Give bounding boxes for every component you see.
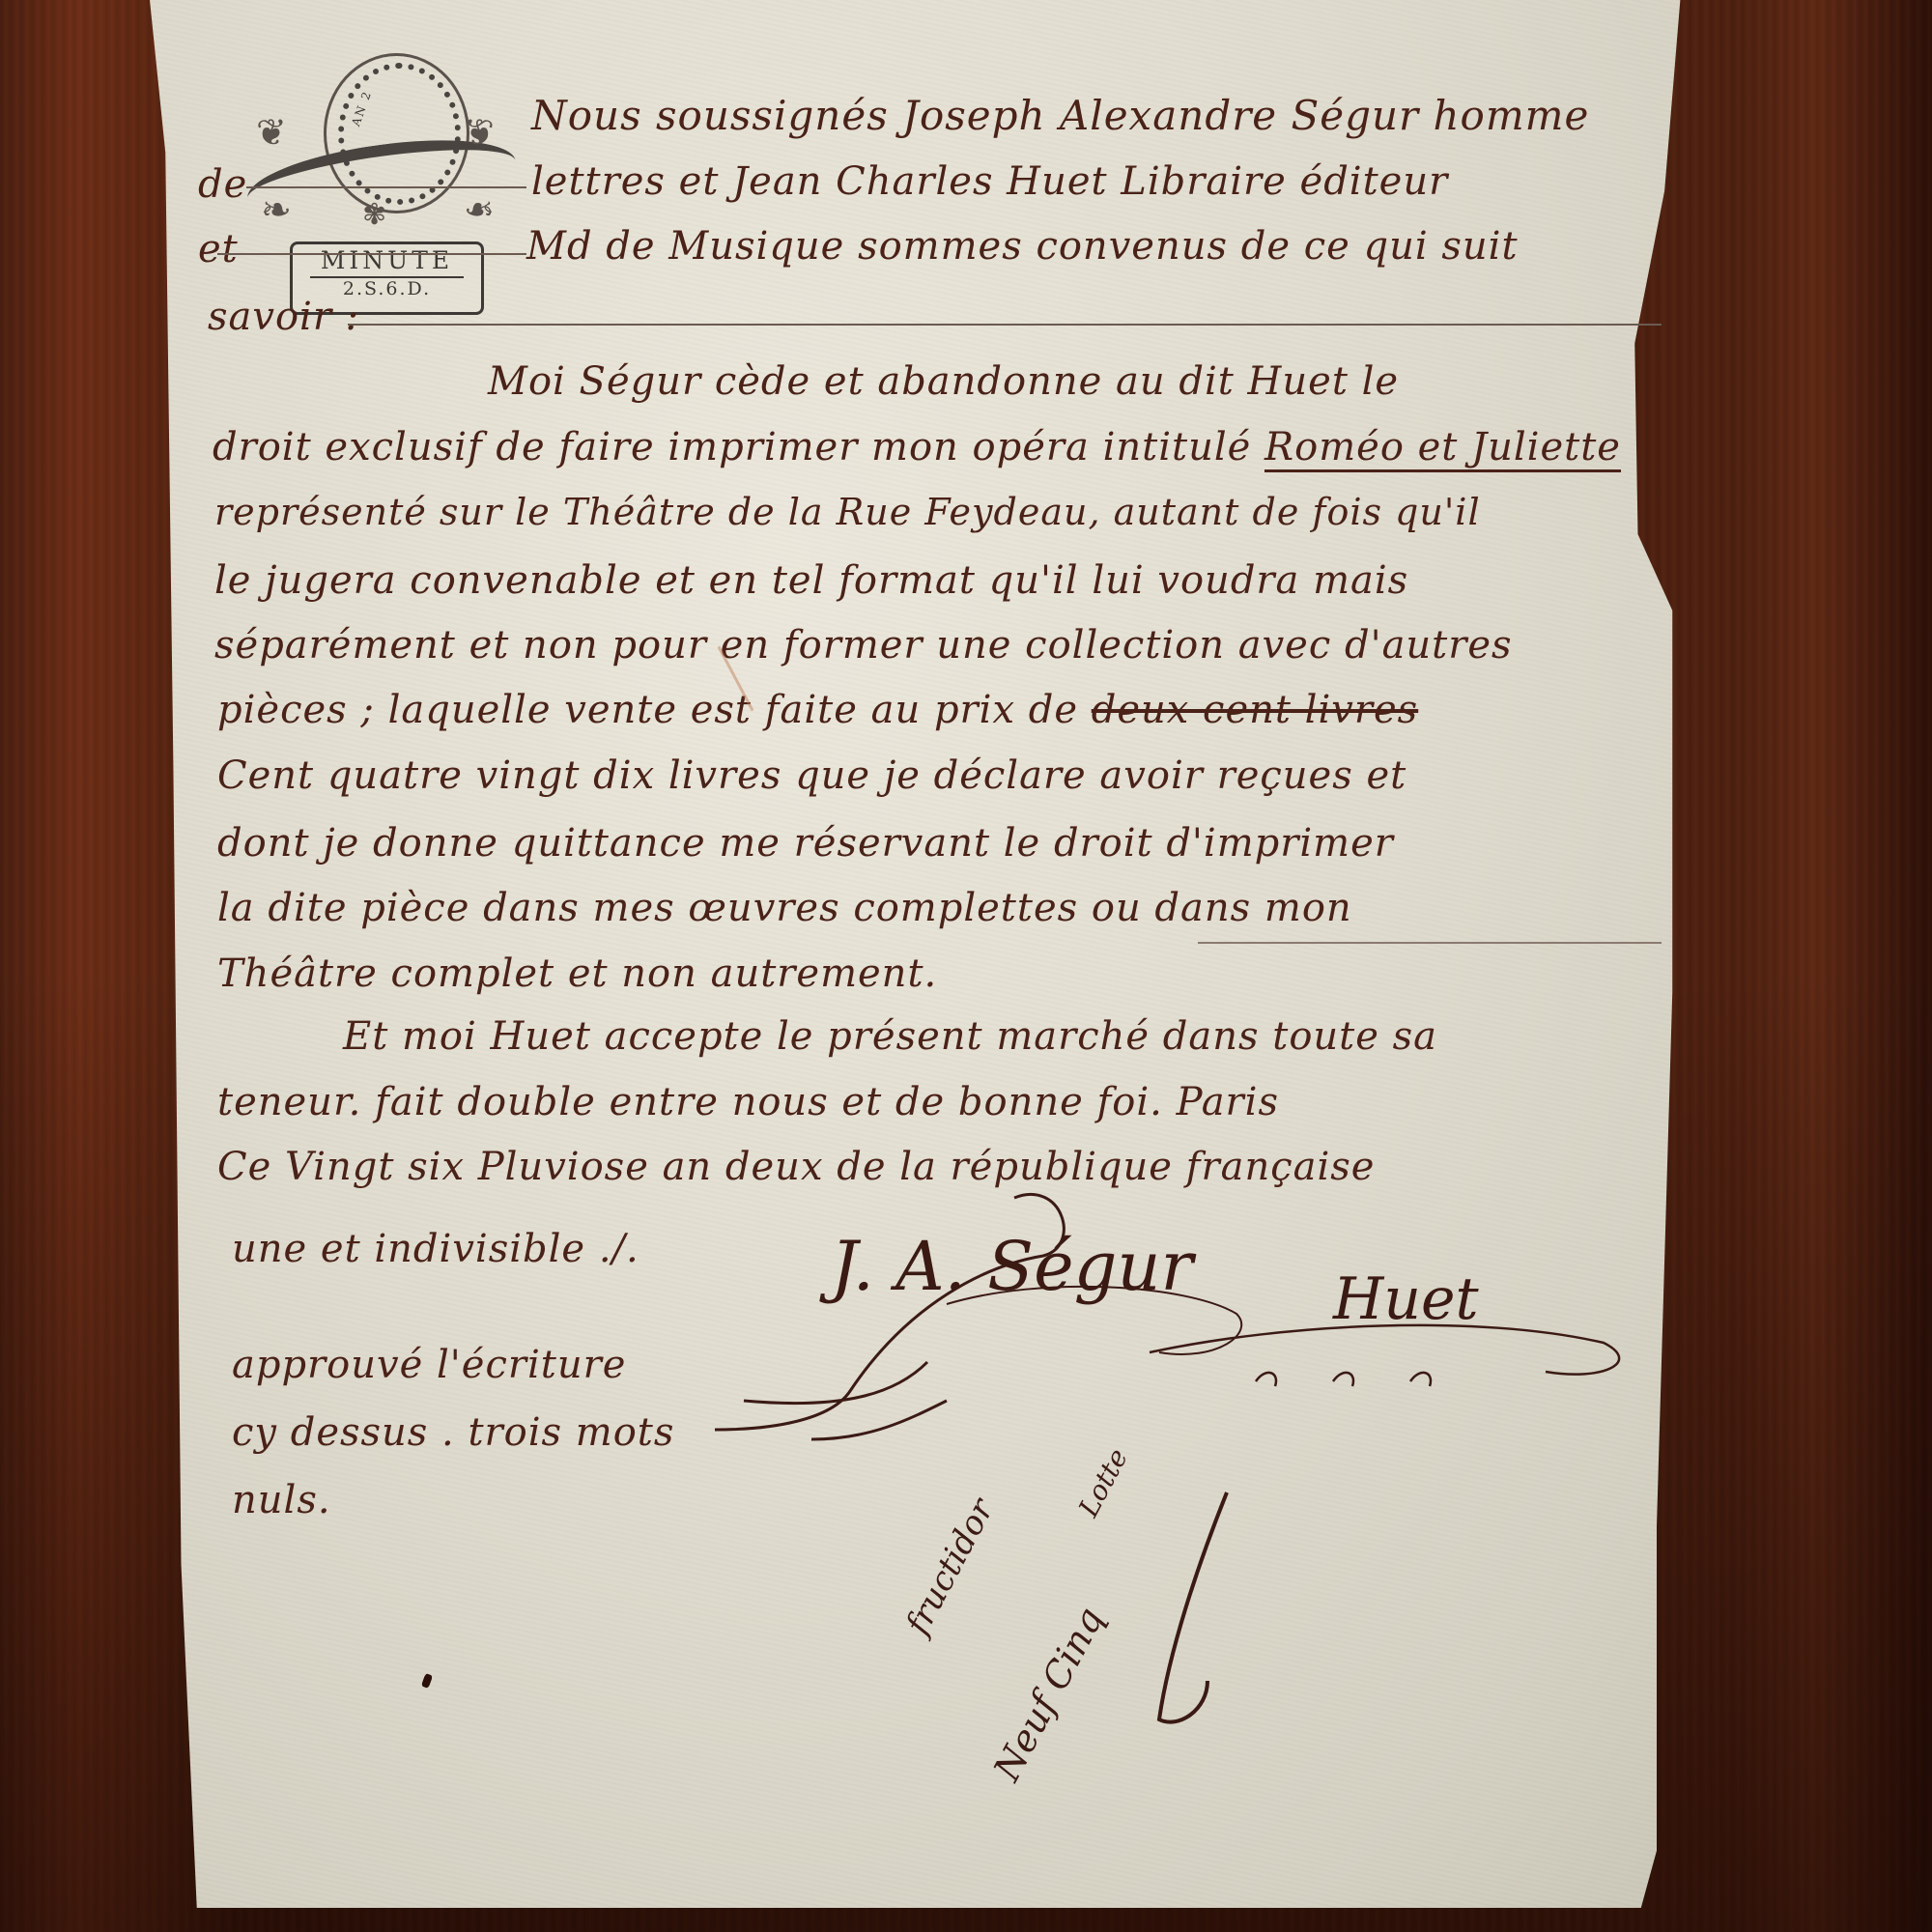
stamp-label: MINUTE: [293, 246, 481, 274]
struck-out-price: deux cent livres: [1092, 688, 1418, 732]
paper-fold-crease: [1198, 942, 1662, 944]
laurel-leaf-icon: ❧: [261, 188, 292, 231]
text-line-1: Nous soussignés Joseph Alexandre Ségur h…: [531, 92, 1589, 139]
paraph-stroke-icon: [1140, 1488, 1236, 1739]
text-line-8: séparément et non pour en former une col…: [214, 623, 1513, 668]
ruled-line: [246, 186, 526, 188]
text-line-4: Moi Ségur cède et abandonne au dit Huet …: [488, 359, 1399, 404]
approval-note-line-3: nuls.: [232, 1478, 331, 1522]
text-line-5: droit exclusif de faire imprimer mon opé…: [213, 425, 1621, 469]
text-line-5-body: droit exclusif de faire imprimer mon opé…: [213, 425, 1251, 469]
minute-tax-stamp: AN 2 ❦ ❦ ❧ ❧ ✾ MINUTE 2.S.6.D.: [237, 53, 526, 314]
text-line-9-body: pièces ; laquelle vente est faite au pri…: [217, 688, 1078, 732]
huet-flourish-icon: [1140, 1246, 1642, 1391]
text-line-11: dont je donne quittance me réservant le …: [217, 821, 1394, 866]
opera-title: Roméo et Juliette: [1264, 425, 1621, 472]
ruled-line: [217, 253, 526, 255]
text-line-10: Cent quatre vingt dix livres que je décl…: [217, 753, 1406, 798]
laurel-leaf-icon: ❧: [464, 188, 495, 231]
text-line-9: pièces ; laquelle vente est faite au pri…: [217, 688, 1418, 732]
text-line-13: Théâtre complet et non autrement.: [217, 952, 937, 996]
laurel-leaf-icon: ❦: [464, 111, 495, 154]
fan-ornament-icon: ✾: [362, 198, 386, 232]
margin-word: de: [198, 162, 247, 207]
text-line-7: le jugera convenable et en tel format qu…: [214, 558, 1408, 603]
text-line-2: lettres et Jean Charles Huet Libraire éd…: [531, 159, 1448, 204]
text-line-14: Et moi Huet accepte le présent marché da…: [343, 1014, 1437, 1059]
text-line-3: Md de Musique sommes convenus de ce qui …: [526, 224, 1519, 269]
approval-note-line-2: cy dessus . trois mots: [232, 1410, 674, 1455]
text-line-17: une et indivisible ./.: [232, 1227, 639, 1271]
text-line-6: représenté sur le Théâtre de la Rue Feyd…: [214, 491, 1481, 533]
text-line-15: teneur. fait double entre nous et de bon…: [217, 1080, 1279, 1124]
text-line-12: la dite pièce dans mes œuvres complettes…: [217, 886, 1352, 930]
laurel-leaf-icon: ❦: [256, 111, 287, 154]
approval-note-line-1: approuvé l'écriture: [232, 1343, 626, 1387]
margin-word: savoir :: [208, 295, 359, 339]
margin-word: et: [198, 227, 239, 271]
ruled-line: [348, 324, 1662, 326]
